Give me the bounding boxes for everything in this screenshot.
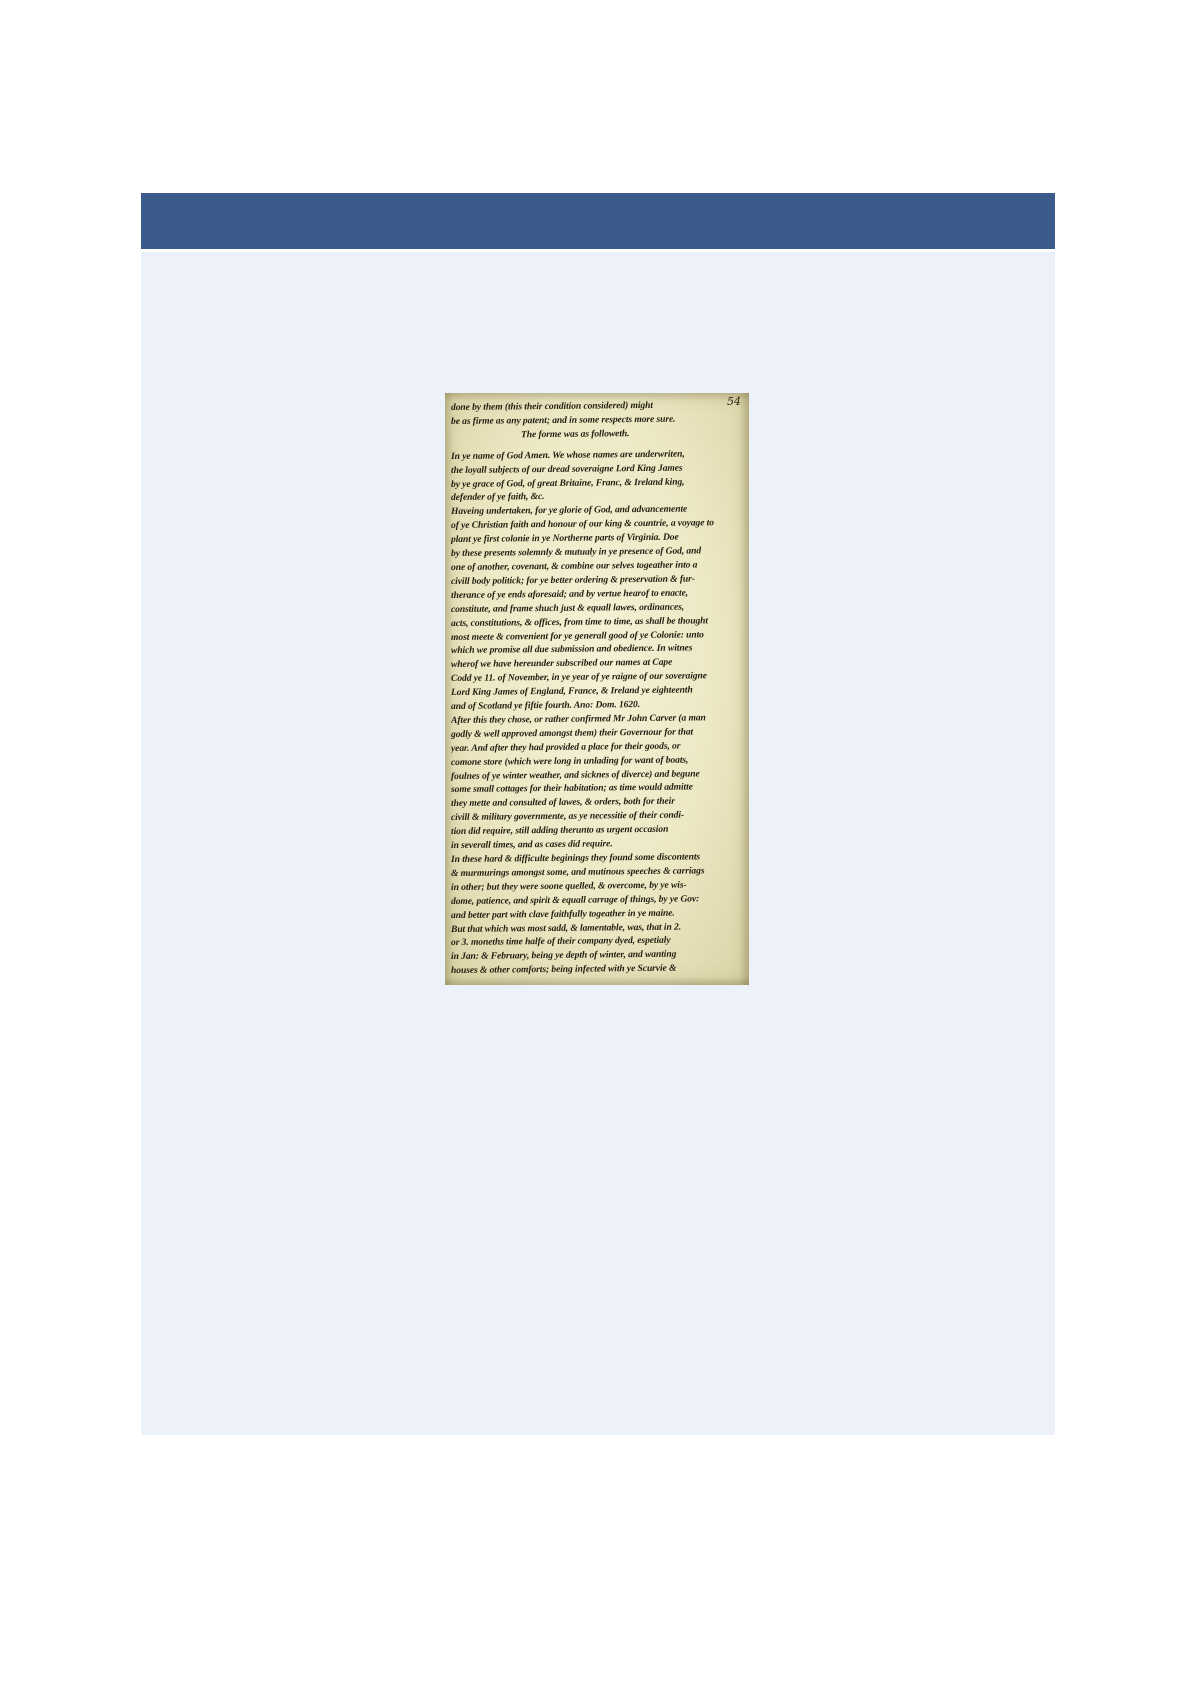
manuscript-image: 54 done by them (this their condition co… [445,393,749,985]
manuscript-text: done by them (this their condition consi… [451,401,745,978]
manuscript-line: The forme was as followeth. [451,426,745,443]
manuscript-line: houses & other comforts; being infected … [451,961,745,978]
content-panel: 54 done by them (this their condition co… [141,252,1055,1435]
header-bar [141,193,1055,249]
